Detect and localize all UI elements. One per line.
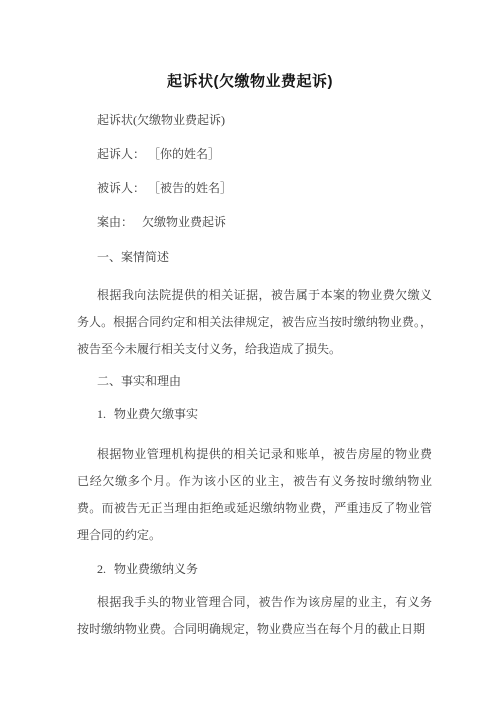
document-page: 起诉状(欠缴物业费起诉) 起诉状(欠缴物业费起诉) 起诉人：［你的姓名］ 被诉人…	[0, 0, 500, 707]
item1-number: 1.	[97, 407, 106, 421]
item2-number: 2.	[97, 562, 106, 576]
document-title: 起诉状(欠缴物业费起诉)	[0, 68, 500, 95]
section2-heading: 二、事实和理由	[77, 368, 432, 395]
plaintiff-value: ［你的姓名］	[154, 147, 220, 161]
defendant-value: ［被告的姓名］	[154, 181, 232, 195]
item1-heading-text: 物业费欠缴事实	[114, 407, 198, 421]
item2-paragraph: 根据我手头的物业管理合同，被告作为该房屋的业主，有义务按时缴纳物业费。合同明确规…	[77, 589, 432, 643]
defendant-line: 被诉人：［被告的姓名］	[77, 175, 432, 202]
plaintiff-label: 起诉人：	[97, 147, 145, 161]
cause-line: 案由：欠缴物业费起诉	[77, 209, 432, 236]
item2-heading: 2.物业费缴纳义务	[77, 556, 432, 583]
plaintiff-line: 起诉人：［你的姓名］	[77, 141, 432, 168]
item1-paragraph: 根据物业管理机构提供的相关记录和账单，被告房屋的物业费已经欠缴多个月。作为该小区…	[77, 441, 432, 549]
cause-label: 案由：	[97, 215, 133, 229]
section1-paragraph: 根据我向法院提供的相关证据，被告属于本案的物业费欠缴义务人。根据合同约定和相关法…	[77, 282, 432, 363]
cause-value: 欠缴物业费起诉	[142, 215, 226, 229]
document-subtitle: 起诉状(欠缴物业费起诉)	[77, 107, 432, 134]
section1-heading: 一、案情简述	[77, 244, 432, 271]
item1-heading: 1.物业费欠缴事实	[77, 401, 432, 428]
defendant-label: 被诉人：	[97, 181, 145, 195]
item2-heading-text: 物业费缴纳义务	[114, 562, 198, 576]
